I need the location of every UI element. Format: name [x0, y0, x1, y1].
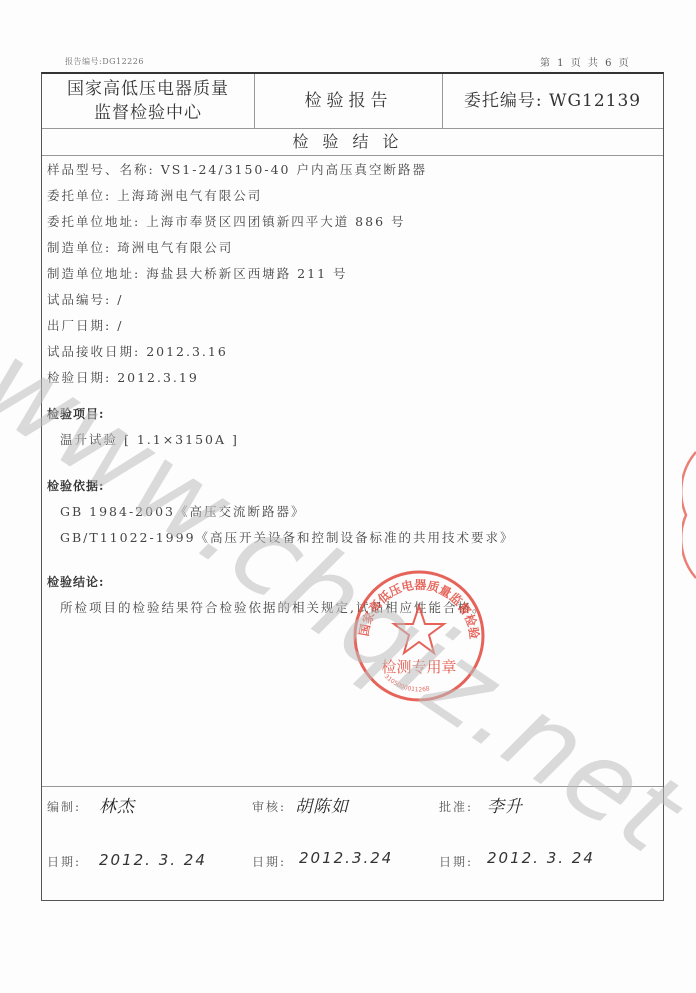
inspection-basis-item: GB/T11022-1999《高压开关设备和控制设备标准的共用技术要求》	[47, 525, 653, 551]
field-label: 试品编号:	[47, 292, 117, 307]
field-label: 检验日期:	[47, 370, 117, 385]
report-frame: 国家高低压电器质量 监督检验中心 检验报告 委托编号: WG12139 检验结论…	[41, 72, 664, 901]
field-row: 委托单位地址: 上海市奉贤区四团镇新四平大道 886 号	[47, 209, 653, 235]
field-value: 上海琦洲电气有限公司	[117, 188, 262, 203]
approved-date-label: 日期:	[439, 853, 473, 870]
edge-seal-fragment	[682, 450, 696, 580]
field-row: 制造单位地址: 海盐县大桥新区西塘路 211 号	[47, 261, 653, 287]
approved-date: 2012. 3. 24	[487, 849, 595, 867]
seal-center-text: 检测专用章	[381, 658, 456, 676]
field-value: 上海市奉贤区四团镇新四平大道 886 号	[146, 214, 405, 229]
compiled-date: 2012. 3. 24	[99, 851, 207, 869]
org-line-1: 国家高低压电器质量	[42, 77, 254, 101]
star-icon	[394, 606, 444, 653]
reviewed-signature: 胡陈如	[295, 792, 349, 817]
field-value: 2012.3.16	[146, 344, 228, 359]
page-indicator: 第 1 页 共 6 页	[540, 54, 631, 69]
inspection-basis-list: GB 1984-2003《高压交流断路器》GB/T11022-1999《高压开关…	[47, 499, 653, 551]
field-label: 制造单位:	[47, 240, 117, 255]
field-row: 委托单位: 上海琦洲电气有限公司	[47, 183, 653, 209]
field-row: 试品接收日期: 2012.3.16	[47, 339, 653, 365]
field-label: 委托单位:	[47, 188, 117, 203]
signature-row: 编制: 林杰 审核: 胡陈如 批准: 李升	[47, 792, 647, 822]
inspection-basis-item: GB 1984-2003《高压交流断路器》	[47, 499, 653, 525]
inspection-seal: 国家高低压电器质量监督检验中心 检测专用章 3105000011268	[344, 566, 494, 706]
inspection-basis-title: 检验依据:	[47, 473, 653, 499]
date-row: 日期: 2012. 3. 24 日期: 2012.3.24 日期: 2012. …	[47, 847, 647, 877]
field-row: 检验日期: 2012.3.19	[47, 365, 653, 391]
field-row: 样品型号、名称: VS1-24/3150-40 户内高压真空断路器	[47, 157, 653, 183]
field-label: 委托单位地址:	[47, 214, 146, 229]
compiled-label: 编制:	[47, 798, 81, 815]
section-title: 检验结论	[42, 128, 663, 156]
issuing-organization: 国家高低压电器质量 监督检验中心	[42, 74, 255, 128]
field-list: 样品型号、名称: VS1-24/3150-40 户内高压真空断路器委托单位: 上…	[47, 157, 653, 391]
reviewed-date: 2012.3.24	[299, 849, 393, 867]
commission-number: 委托编号: WG12139	[442, 74, 663, 128]
approved-signature: 李升	[487, 792, 523, 817]
report-number: 报告编号:DG12226	[65, 56, 144, 67]
field-value: /	[117, 318, 123, 333]
field-label: 试品接收日期:	[47, 344, 146, 359]
field-value: VS1-24/3150-40 户内高压真空断路器	[161, 162, 427, 177]
report-body: 样品型号、名称: VS1-24/3150-40 户内高压真空断路器委托单位: 上…	[47, 157, 653, 621]
document-type: 检验报告	[255, 74, 443, 128]
reviewed-date-label: 日期:	[252, 853, 286, 870]
field-label: 制造单位地址:	[47, 266, 146, 281]
reviewed-label: 审核:	[252, 798, 286, 815]
compiled-date-label: 日期:	[47, 853, 81, 870]
field-value: 2012.3.19	[117, 370, 199, 385]
signature-divider	[42, 786, 663, 787]
field-row: 制造单位: 琦洲电气有限公司	[47, 235, 653, 261]
inspection-item: 温升试验 [ 1.1×3150A ]	[47, 427, 653, 453]
inspection-items-list: 温升试验 [ 1.1×3150A ]	[47, 427, 653, 453]
field-label: 出厂日期:	[47, 318, 117, 333]
field-value: 琦洲电气有限公司	[117, 240, 233, 255]
inspection-items-title: 检验项目:	[47, 401, 653, 427]
report-header: 国家高低压电器质量 监督检验中心 检验报告 委托编号: WG12139	[42, 74, 663, 129]
org-line-2: 监督检验中心	[42, 101, 254, 125]
compiled-signature: 林杰	[99, 792, 135, 817]
field-row: 试品编号: /	[47, 287, 653, 313]
approved-label: 批准:	[439, 798, 473, 815]
field-value: /	[117, 292, 123, 307]
field-row: 出厂日期: /	[47, 313, 653, 339]
field-label: 样品型号、名称:	[47, 162, 161, 177]
field-value: 海盐县大桥新区西塘路 211 号	[146, 266, 347, 281]
